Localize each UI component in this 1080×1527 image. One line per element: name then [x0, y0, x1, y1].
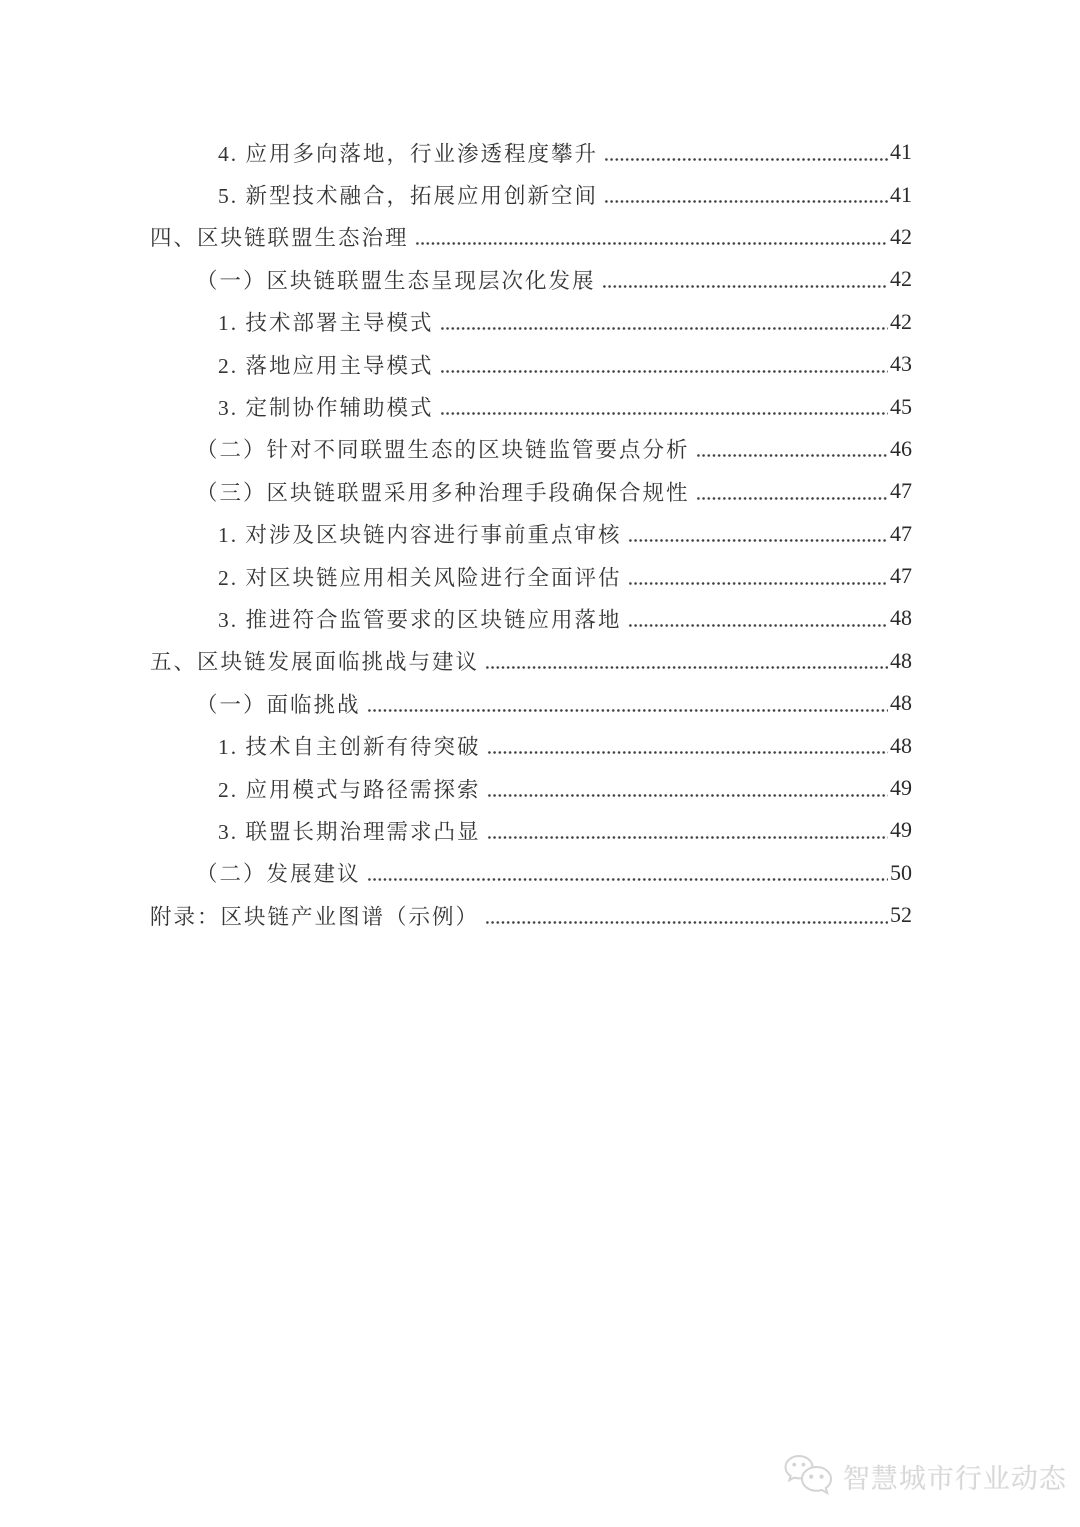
toc-entry: 附录：区块链产业图谱（示例） 52: [150, 894, 912, 936]
toc-leader-dots: [488, 794, 888, 797]
toc-leader-dots: [441, 370, 888, 373]
watermark-text: 智慧城市行业动态: [843, 1457, 1067, 1496]
toc-entry-page-number: 47: [890, 563, 912, 589]
toc-entry-page-number: 42: [890, 266, 912, 292]
toc-entry-title: 附录：区块链产业图谱（示例）: [150, 900, 479, 931]
toc-entry-page-number: 42: [890, 309, 912, 335]
toc-entry: 4. 应用多向落地，行业渗透程度攀升 41: [150, 131, 912, 173]
toc-entry-title: 5. 新型技术融合，拓展应用创新空间: [218, 179, 598, 210]
toc-entry-title: （二）针对不同联盟生态的区块链监管要点分析: [196, 433, 690, 464]
toc-entry: 2. 应用模式与路径需探索 49: [150, 767, 912, 809]
toc-leader-dots: [629, 539, 888, 542]
toc-entry-page-number: 48: [890, 648, 912, 674]
toc-entry: 1. 对涉及区块链内容进行事前重点审核 47: [150, 513, 912, 555]
toc-entry-page-number: 45: [890, 394, 912, 420]
toc-leader-dots: [697, 497, 888, 500]
toc-entry-page-number: 48: [890, 605, 912, 631]
toc-entry: （二）发展建议 50: [150, 852, 912, 894]
toc-entry-title: （一）区块链联盟生态呈现层次化发展: [196, 264, 596, 295]
table-of-contents: 4. 应用多向落地，行业渗透程度攀升 41 5. 新型技术融合，拓展应用创新空间…: [150, 131, 912, 936]
toc-entry: 3. 联盟长期治理需求凸显 49: [150, 809, 912, 851]
toc-entry: 3. 推进符合监管要求的区块链应用落地 48: [150, 597, 912, 639]
toc-leader-dots: [486, 666, 888, 669]
document-page: 4. 应用多向落地，行业渗透程度攀升 41 5. 新型技术融合，拓展应用创新空间…: [0, 0, 1080, 1527]
toc-leader-dots: [697, 454, 888, 457]
toc-entry-page-number: 48: [890, 690, 912, 716]
toc-entry-page-number: 47: [890, 521, 912, 547]
toc-entry: 2. 对区块链应用相关风险进行全面评估 47: [150, 555, 912, 597]
toc-entry-title: 2. 落地应用主导模式: [218, 349, 434, 380]
toc-entry: （二）针对不同联盟生态的区块链监管要点分析 46: [150, 428, 912, 470]
toc-leader-dots: [488, 836, 888, 839]
toc-entry-title: 1. 对涉及区块链内容进行事前重点审核: [218, 518, 622, 549]
toc-entry-page-number: 48: [890, 733, 912, 759]
toc-entry: 四、区块链联盟生态治理 42: [150, 216, 912, 258]
toc-leader-dots: [441, 412, 888, 415]
toc-entry-title: 4. 应用多向落地，行业渗透程度攀升: [218, 137, 598, 168]
toc-entry: 五、区块链发展面临挑战与建议 48: [150, 640, 912, 682]
toc-entry-title: 3. 推进符合监管要求的区块链应用落地: [218, 603, 622, 634]
toc-entry: 2. 落地应用主导模式 43: [150, 343, 912, 385]
toc-entry-page-number: 52: [890, 902, 912, 928]
toc-entry-page-number: 41: [890, 182, 912, 208]
toc-entry-title: 2. 应用模式与路径需探索: [218, 773, 481, 804]
toc-entry: 3. 定制协作辅助模式 45: [150, 385, 912, 427]
toc-entry-title: 1. 技术自主创新有待突破: [218, 730, 481, 761]
toc-leader-dots: [603, 285, 888, 288]
toc-entry-page-number: 50: [890, 860, 912, 886]
toc-leader-dots: [416, 242, 888, 245]
toc-entry-page-number: 49: [890, 817, 912, 843]
watermark: 智慧城市行业动态: [782, 1452, 1067, 1500]
toc-leader-dots: [368, 709, 888, 712]
toc-entry: （三）区块链联盟采用多种治理手段确保合规性 47: [150, 470, 912, 512]
toc-entry-page-number: 41: [890, 139, 912, 165]
toc-leader-dots: [486, 921, 888, 924]
toc-leader-dots: [368, 878, 888, 881]
toc-entry: 5. 新型技术融合，拓展应用创新空间 41: [150, 173, 912, 215]
toc-leader-dots: [488, 751, 888, 754]
toc-entry-title: （三）区块链联盟采用多种治理手段确保合规性: [196, 476, 690, 507]
toc-entry-title: （一）面临挑战: [196, 688, 361, 719]
toc-entry: 1. 技术自主创新有待突破 48: [150, 724, 912, 766]
toc-entry-page-number: 47: [890, 478, 912, 504]
toc-leader-dots: [605, 200, 888, 203]
toc-leader-dots: [441, 327, 888, 330]
toc-entry-title: 五、区块链发展面临挑战与建议: [150, 645, 479, 676]
toc-entry-title: 2. 对区块链应用相关风险进行全面评估: [218, 561, 622, 592]
toc-entry-page-number: 46: [890, 436, 912, 462]
toc-entry-title: 1. 技术部署主导模式: [218, 306, 434, 337]
toc-entry-title: 3. 联盟长期治理需求凸显: [218, 815, 481, 846]
toc-leader-dots: [605, 158, 888, 161]
toc-entry-title: （二）发展建议: [196, 857, 361, 888]
toc-entry-page-number: 43: [890, 351, 912, 377]
toc-entry: （一）面临挑战 48: [150, 682, 912, 724]
toc-entry-page-number: 49: [890, 775, 912, 801]
toc-leader-dots: [629, 624, 888, 627]
toc-entry-page-number: 42: [890, 224, 912, 250]
wechat-icon: [782, 1452, 836, 1500]
toc-entry: （一）区块链联盟生态呈现层次化发展 42: [150, 258, 912, 300]
toc-entry-title: 3. 定制协作辅助模式: [218, 391, 434, 422]
toc-entry-title: 四、区块链联盟生态治理: [150, 221, 409, 252]
toc-leader-dots: [629, 582, 888, 585]
toc-entry: 1. 技术部署主导模式 42: [150, 301, 912, 343]
